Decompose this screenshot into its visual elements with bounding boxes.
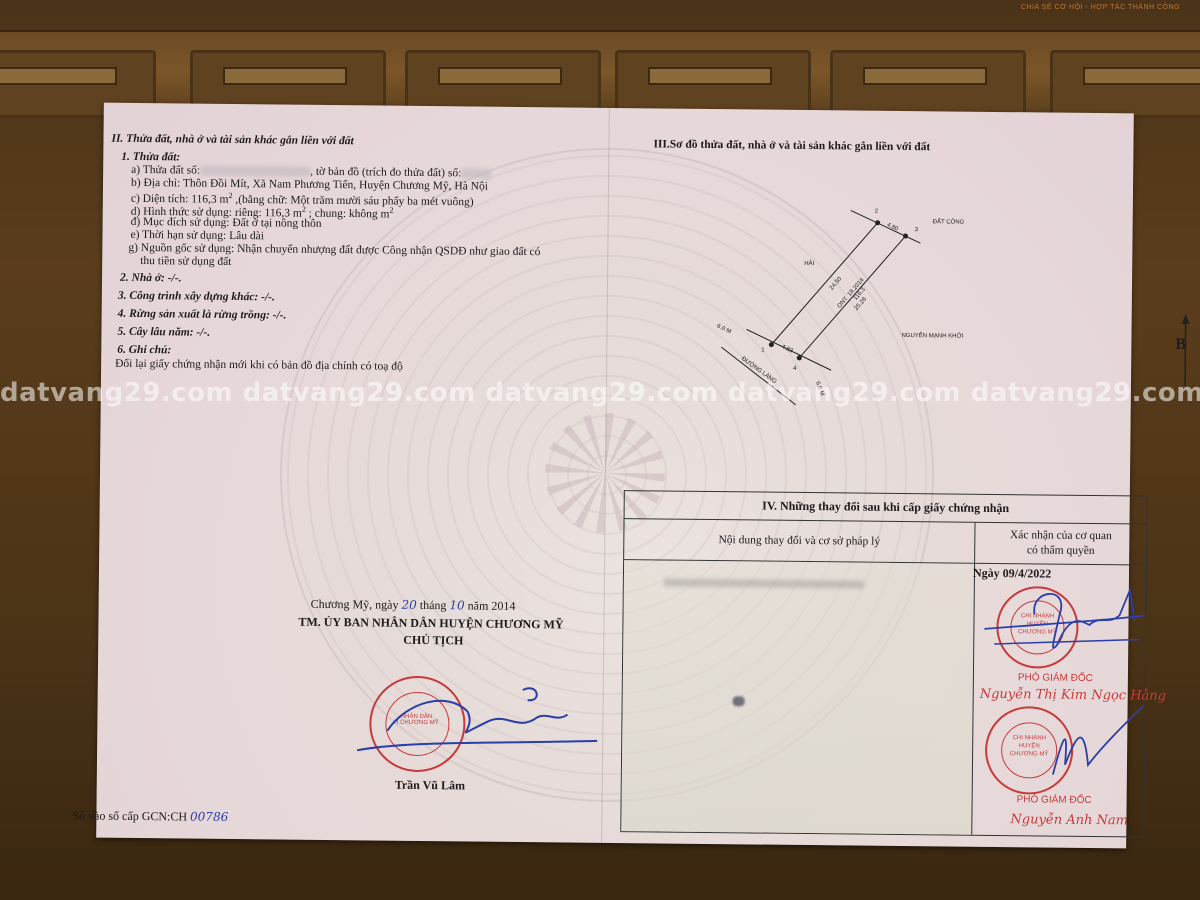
- svg-text:4: 4: [793, 366, 797, 372]
- issuing-authority: TM. ỦY BAN NHÂN DÂN HUYỆN CHƯƠNG MỸ: [298, 615, 563, 633]
- issue-day: 20: [401, 598, 416, 612]
- house-section: 2. Nhà ở: -/-.: [120, 272, 182, 285]
- land-use-certificate: II. Thửa đất, nhà ở và tài sản khác gắn …: [96, 103, 1134, 849]
- wood-table-edge: [0, 30, 1200, 112]
- svg-text:ĐẤT CÔNG: ĐẤT CÔNG: [933, 218, 965, 225]
- signature-2: [1043, 705, 1154, 786]
- signature-1: [979, 584, 1150, 656]
- changes-confirm-cell: Ngày 09/4/2022 CHI NHÁNH HUYỆN CHƯƠNG MỸ…: [972, 564, 1146, 837]
- changes-content-cell-redacted: [621, 560, 975, 835]
- notes-text: Đổi lại giấy chứng nhận mới khi có bản đ…: [115, 358, 403, 373]
- issue-date: Chương Mỹ, ngày 20 tháng 10 năm 2014: [311, 597, 516, 614]
- plot-diagram: 2 3 1 4 4.80 4.83 24.50 25.28 ONT 19.201…: [751, 199, 1013, 412]
- svg-text:2: 2: [875, 209, 879, 215]
- section-ii-title: II. Thửa đất, nhà ở và tài sản khác gắn …: [111, 133, 353, 148]
- svg-text:4.80: 4.80: [886, 222, 900, 233]
- land-term: e) Thời hạn sử dụng: Lâu dài: [130, 229, 264, 242]
- section-iii-title: III.Sơ đồ thửa đất, nhà ở và tài sản khá…: [653, 138, 930, 153]
- chairman-signature: [347, 680, 608, 763]
- confirm-date: Ngày 09/4/2022: [973, 566, 1051, 582]
- construction-section: 3. Công trình xây dựng khác: -/-.: [118, 290, 275, 304]
- brand-tagline: CHIA SẺ CƠ HỘI - HỢP TÁC THÀNH CÔNG: [1021, 4, 1180, 11]
- registry-number: Số vào sổ cấp GCN:CH 00786: [72, 808, 228, 825]
- north-arrow: B: [1179, 314, 1200, 399]
- svg-text:HẢI: HẢI: [804, 260, 814, 267]
- signer2-title: PHÓ GIÁM ĐỐC: [1017, 794, 1092, 806]
- svg-text:4.83: 4.83: [780, 344, 794, 355]
- svg-text:6.0 M: 6.0 M: [716, 323, 732, 335]
- land-purpose: đ) Mục đích sử dụng: Đất ở tại nông thôn: [131, 216, 322, 230]
- changes-content-header: Nội dung thay đổi và cơ sở pháp lý: [624, 519, 975, 563]
- changes-confirm-header: Xác nhận của cơ quan có thẩm quyền: [975, 523, 1146, 565]
- notes-heading: 6. Ghi chú:: [117, 344, 171, 357]
- svg-text:ĐƯỜNG LÀNG: ĐƯỜNG LÀNG: [740, 355, 778, 385]
- perennial-section: 5. Cây lâu năm: -/-.: [117, 326, 210, 339]
- svg-text:6.0 M: 6.0 M: [814, 381, 825, 397]
- signer1-name: Nguyễn Thị Kim Ngọc Hằng: [980, 687, 1166, 704]
- land-heading: 1. Thửa đất:: [121, 151, 180, 164]
- svg-text:3: 3: [915, 227, 919, 233]
- issue-month: 10: [449, 598, 464, 612]
- signer2-name: Nguyễn Anh Nam: [1010, 812, 1128, 828]
- chairman-name: Trần Vũ Lâm: [395, 778, 465, 794]
- signer1-title: PHÓ GIÁM ĐỐC: [1018, 672, 1093, 684]
- svg-text:24.50: 24.50: [829, 276, 844, 292]
- changes-table: IV. Những thay đổi sau khi cấp giấy chứn…: [620, 490, 1148, 837]
- forest-section: 4. Rừng sản xuất là rừng trồng: -/-.: [118, 308, 287, 322]
- svg-text:NGUYỄN MẠNH KHỞI: NGUYỄN MẠNH KHỞI: [901, 332, 963, 340]
- north-label: B: [1175, 336, 1186, 354]
- signer-position: CHỦ TỊCH: [403, 633, 463, 649]
- north-arrow-icon: [1179, 314, 1200, 394]
- svg-text:1: 1: [761, 348, 765, 354]
- land-origin-cont: thu tiền sử dụng đất: [140, 255, 231, 268]
